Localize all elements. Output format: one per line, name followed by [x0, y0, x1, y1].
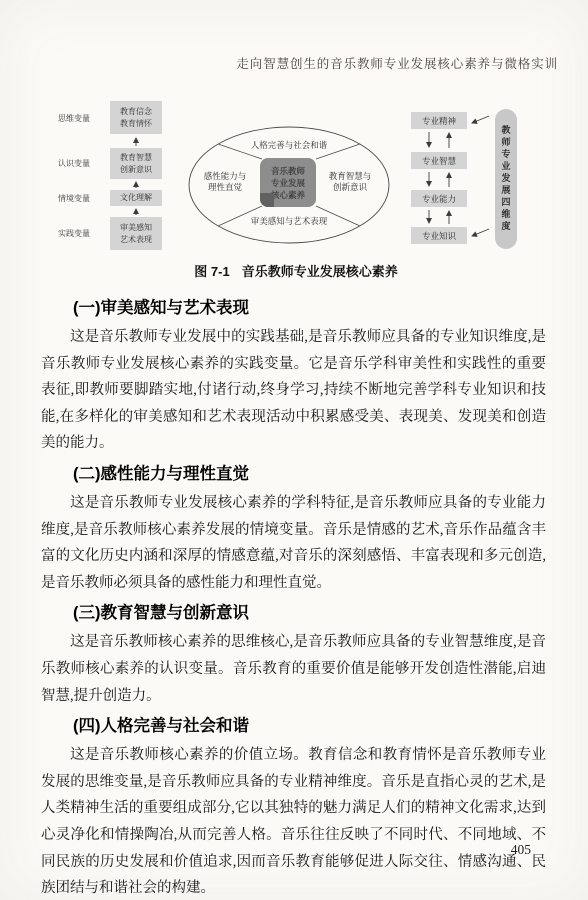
ellipse-label-left: 感性能力与 理性直觉 — [197, 171, 253, 192]
ellipse-label-top: 人格完善与社会和谐 — [219, 140, 359, 151]
section-heading-4: (四)人格完善与社会和谐 — [41, 715, 546, 737]
variable-label-cognition: 认识变量 — [56, 158, 92, 169]
section-paragraph-1: 这是音乐教师专业发展中的实践基础,是音乐教师应具备的专业知识维度,是音乐教师专业… — [41, 324, 546, 457]
variable-label-context: 情境变量 — [56, 193, 92, 204]
body-content: (一)审美感知与艺术表现 这是音乐教师专业发展中的实践基础,是音乐教师应具备的专… — [41, 297, 546, 900]
section-heading-1: (一)审美感知与艺术表现 — [41, 297, 546, 319]
core-competency-text: 音乐教师 专业发展 核心素养 — [271, 165, 305, 201]
figure-caption-title: 音乐教师专业发展核心素养 — [242, 264, 398, 279]
ellipse-label-bottom: 审美感知与艺术表现 — [219, 216, 359, 227]
capsule-vertical-text: 教师专业发展四维度 — [500, 125, 513, 233]
section-paragraph-2: 这是音乐教师专业发展核心素养的学科特征,是音乐教师应具备的专业能力维度,是音乐教… — [41, 490, 546, 596]
figure-caption-label: 图 7-1 — [194, 264, 229, 279]
dimension-box-ability: 专业能力 — [411, 190, 467, 207]
variable-label-thinking: 思维变量 — [56, 113, 92, 124]
page-header-title: 走向智慧创生的音乐教师专业发展核心素养与微格实训 — [236, 54, 558, 72]
right-column-double-arrow-icons — [429, 132, 449, 224]
ellipse-label-right: 教育智慧与 创新意识 — [322, 171, 378, 192]
section-paragraph-4: 这是音乐教师核心素养的价值立场。教育信念和教育情怀是音乐教师专业发展的思维变量,… — [41, 742, 546, 900]
figure-7-1-diagram: 思维变量 认识变量 情境变量 实践变量 教育信念 教育情怀 教育智慧 创新意识 … — [40, 95, 552, 260]
folded-corner-icon — [260, 193, 274, 207]
page-number: 405 — [511, 842, 531, 858]
concept-box-culture: 文化理解 — [110, 190, 162, 206]
dimension-box-spirit: 专业精神 — [411, 112, 467, 129]
section-paragraph-3: 这是音乐教师核心素养的思维核心,是音乐教师应具备的专业智慧维度,是音乐教师核心素… — [41, 629, 546, 709]
concept-box-wisdom: 教育智慧 创新意识 — [110, 148, 162, 179]
book-page: 走向智慧创生的音乐教师专业发展核心素养与微格实训 — [0, 0, 588, 900]
section-heading-2: (二)感性能力与理性直觉 — [41, 463, 546, 485]
dimension-box-wisdom: 专业智慧 — [411, 152, 467, 169]
figure-caption: 图 7-1音乐教师专业发展核心素养 — [40, 261, 552, 280]
dimension-box-knowledge: 专业知识 — [411, 227, 467, 244]
core-competency-box: 音乐教师 专业发展 核心素养 — [260, 158, 316, 207]
dimension-capsule: 教师专业发展四维度 — [495, 109, 517, 249]
concept-box-aesthetic: 审美感知 艺术表现 — [110, 217, 162, 250]
capsule-pointer-arrow-icons — [472, 116, 489, 236]
variable-label-practice: 实践变量 — [56, 228, 92, 239]
section-heading-3: (三)教育智慧与创新意识 — [41, 602, 546, 624]
concept-box-belief: 教育信念 教育情怀 — [110, 101, 162, 134]
